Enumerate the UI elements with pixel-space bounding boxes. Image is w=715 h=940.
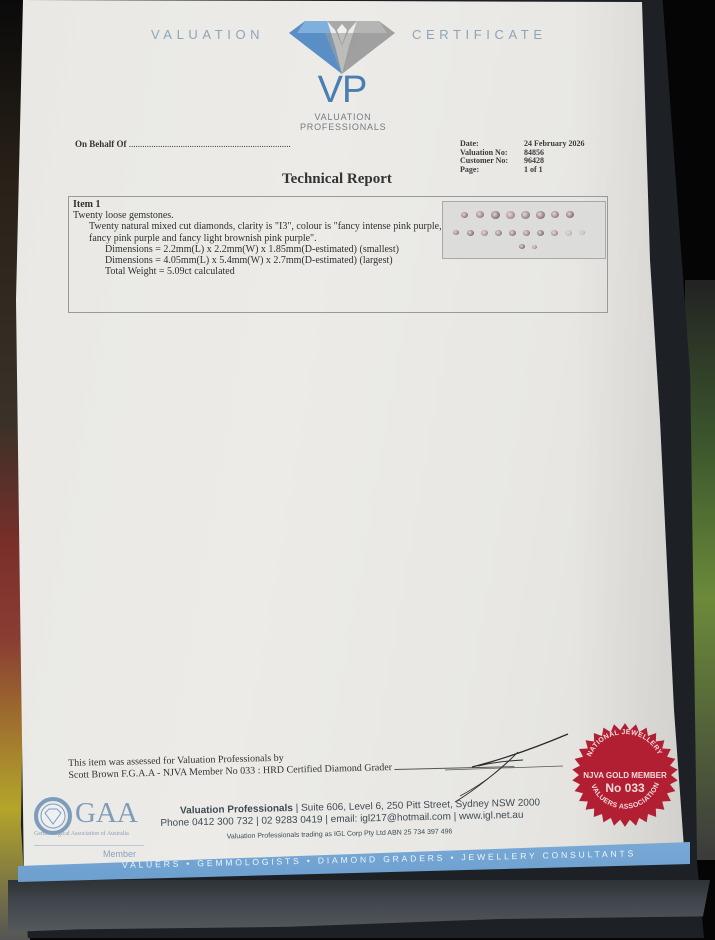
gaa-divider	[34, 845, 144, 846]
meta-key: Page:	[460, 166, 524, 175]
item-total-weight: Total Weight = 5.09ct calculated	[73, 266, 459, 277]
gemstone	[532, 245, 537, 249]
gemstone	[523, 230, 530, 236]
gemstone	[495, 230, 502, 236]
gemstone	[536, 211, 545, 219]
gemstone	[537, 230, 544, 236]
logo-subtitle: VALUATION PROFESSIONALS	[300, 112, 386, 132]
item-detail: Twenty natural mixed cut diamonds, clari…	[73, 221, 459, 243]
item-description: Item 1 Twenty loose gemstones. Twenty na…	[73, 199, 459, 277]
certificate-meta: Date:24 February 2026 Valuation No:84856…	[460, 140, 584, 174]
meta-row-page: Page:1 of 1	[460, 166, 584, 175]
item-dimensions-smallest: Dimensions = 2.2mm(L) x 2.2mm(W) x 1.85m…	[73, 244, 459, 255]
item-heading: Item 1	[73, 199, 459, 210]
gemstone	[521, 211, 530, 219]
item-summary: Twenty loose gemstones.	[73, 210, 459, 221]
njva-seal-icon: NATIONAL JEWELLERY NJVA GOLD MEMBER No 0…	[566, 720, 684, 830]
report-title: Technical Report	[282, 171, 392, 188]
diamond-logo-icon	[287, 16, 397, 76]
gemstone	[476, 211, 484, 218]
gemstone	[481, 230, 488, 236]
header-left-label: VALUATION	[151, 27, 264, 42]
on-behalf-of-field: On Behalf Of ...........................…	[75, 139, 291, 149]
header-right-label: CERTIFICATE	[412, 27, 547, 42]
meta-value: 1 of 1	[524, 166, 543, 175]
gaa-wordmark: GAA	[75, 797, 138, 830]
gaa-subtitle: Gemmological Association of Australia	[34, 831, 129, 837]
logo-subtitle-line-1: VALUATION	[300, 112, 386, 122]
gemstone	[551, 211, 559, 218]
gemstone	[467, 230, 474, 236]
item-dimensions-largest: Dimensions = 4.05mm(L) x 5.4mm(W) x 2.7m…	[73, 255, 459, 266]
svg-text:NJVA GOLD MEMBER: NJVA GOLD MEMBER	[583, 771, 667, 780]
gemstone	[579, 230, 585, 235]
on-behalf-of-label: On Behalf Of	[75, 139, 127, 149]
gemstone	[509, 230, 516, 236]
gemstone	[551, 230, 558, 236]
gemstone	[566, 211, 574, 218]
logo-vp: VP	[300, 69, 384, 112]
logo-subtitle-line-2: PROFESSIONALS	[300, 122, 386, 132]
gemstones-photo	[442, 201, 606, 259]
gemstone	[506, 211, 515, 219]
gemstone	[453, 230, 459, 235]
gemstone	[491, 211, 500, 219]
gaa-member-label: Member	[103, 849, 136, 859]
svg-text:No 033: No 033	[605, 781, 645, 795]
gemstone	[519, 244, 525, 249]
gemstone	[565, 230, 572, 236]
gemstone	[461, 212, 468, 218]
on-behalf-of-dots: ........................................…	[129, 139, 291, 149]
